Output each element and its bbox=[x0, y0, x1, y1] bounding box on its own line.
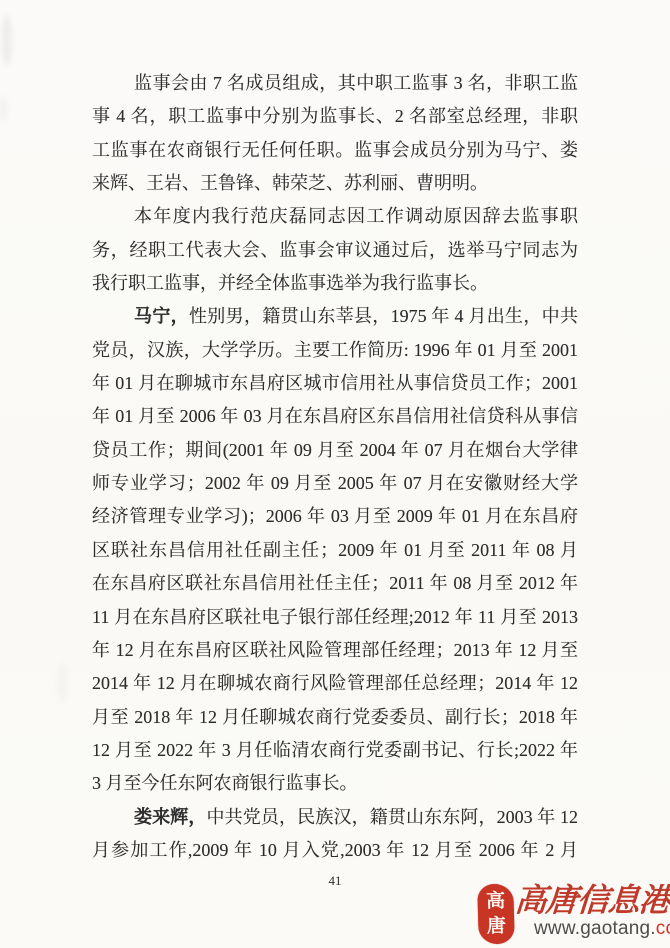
watermark: 高 唐 高唐信息港 www.gaotang.cc bbox=[476, 879, 670, 948]
document-text: 监事会由 7 名成员组成，其中职工监事 3 名，非职工监事 4 名，职工监事中分… bbox=[92, 67, 578, 867]
text-line: 本年度内我行范庆磊同志因工作调动原因辞去监事职 bbox=[92, 200, 578, 233]
text-line: 工监事在农商银行无任何任职。监事会成员分别为马宁、娄 bbox=[92, 134, 578, 167]
watermark-url-red: cc bbox=[656, 918, 670, 939]
scan-smudge bbox=[2, 14, 12, 66]
text-line: 年 01 月至 2006 年 03 月在东昌府区东昌信用社信贷科从事信 bbox=[92, 400, 578, 433]
text-line: 3 月至今任东阿农商银行监事长。 bbox=[92, 767, 578, 800]
seal-char-bottom: 唐 bbox=[486, 914, 506, 939]
text-line: 11 月在东昌府区联社电子银行部任经理;2012 年 11 月至 2013 bbox=[92, 601, 578, 634]
text-line: 贷员工作；期间(2001 年 09 月至 2004 年 07 月在烟台大学律 bbox=[92, 434, 578, 467]
text-line: 12 月至 2022 年 3 月任临清农商行党委副书记、行长;2022 年 bbox=[92, 734, 578, 767]
text-line: 在东昌府区联社东昌信用社任主任；2011 年 08 月至 2012 年 bbox=[92, 567, 578, 600]
text-line: 月参加工作,2009 年 10 月入党,2003 年 12 月至 2006 年 … bbox=[92, 834, 578, 867]
text-line: 区联社东昌信用社任副主任；2009 年 01 月至 2011 年 08 月 bbox=[92, 534, 578, 567]
watermark-url-gray: www.gaotang. bbox=[534, 918, 656, 939]
watermark-site-name: 高唐信息港 bbox=[513, 875, 670, 921]
text-line: 年 01 月在聊城市东昌府区城市信用社从事信贷员工作；2001 bbox=[92, 367, 578, 400]
text-line: 娄来辉，中共党员，民族汉，籍贯山东东阿，2003 年 12 bbox=[92, 801, 578, 834]
gaotang-seal-icon: 高 唐 bbox=[477, 884, 515, 945]
text-line: 来辉、王岩、王鲁锋、韩荣芝、苏利丽、曹明明。 bbox=[92, 167, 578, 200]
scan-smudge bbox=[0, 96, 7, 122]
text-line: 月至 2018 年 12 月任聊城农商行党委委员、副行长；2018 年 bbox=[92, 701, 578, 734]
person-name: 马宁， bbox=[134, 306, 189, 326]
scanned-document-page: 监事会由 7 名成员组成，其中职工监事 3 名，非职工监事 4 名，职工监事中分… bbox=[0, 0, 670, 948]
text-line: 务，经职工代表大会、监事会审议通过后，选举马宁同志为 bbox=[92, 234, 578, 267]
text-line: 年 12 月在东昌府区联社风险管理部任经理；2013 年 12 月至 bbox=[92, 634, 578, 667]
text-line: 经济管理专业学习)；2006 年 03 月至 2009 年 01 月在东昌府 bbox=[92, 500, 578, 533]
text-line: 我行职工监事，并经全体监事选举为我行监事长。 bbox=[92, 267, 578, 300]
text-line: 师专业学习；2002 年 09 月至 2005 年 07 月在安徽财经大学 bbox=[92, 467, 578, 500]
person-name: 娄来辉， bbox=[134, 807, 207, 827]
text-line: 事 4 名，职工监事中分别为监事长、2 名部室总经理，非职 bbox=[92, 100, 578, 133]
text-line: 党员，汉族，大学学历。主要工作简历: 1996 年 01 月至 2001 bbox=[92, 334, 578, 367]
text-line: 监事会由 7 名成员组成，其中职工监事 3 名，非职工监 bbox=[92, 67, 578, 100]
text-line: 2014 年 12 月在聊城农商行风险管理部任总经理；2014 年 12 bbox=[92, 667, 578, 700]
text-line: 马宁，性别男，籍贯山东莘县，1975 年 4 月出生，中共 bbox=[92, 300, 578, 333]
scan-smudge bbox=[58, 662, 67, 702]
seal-char-top: 高 bbox=[486, 889, 506, 914]
watermark-url: www.gaotang.cc bbox=[534, 918, 670, 940]
